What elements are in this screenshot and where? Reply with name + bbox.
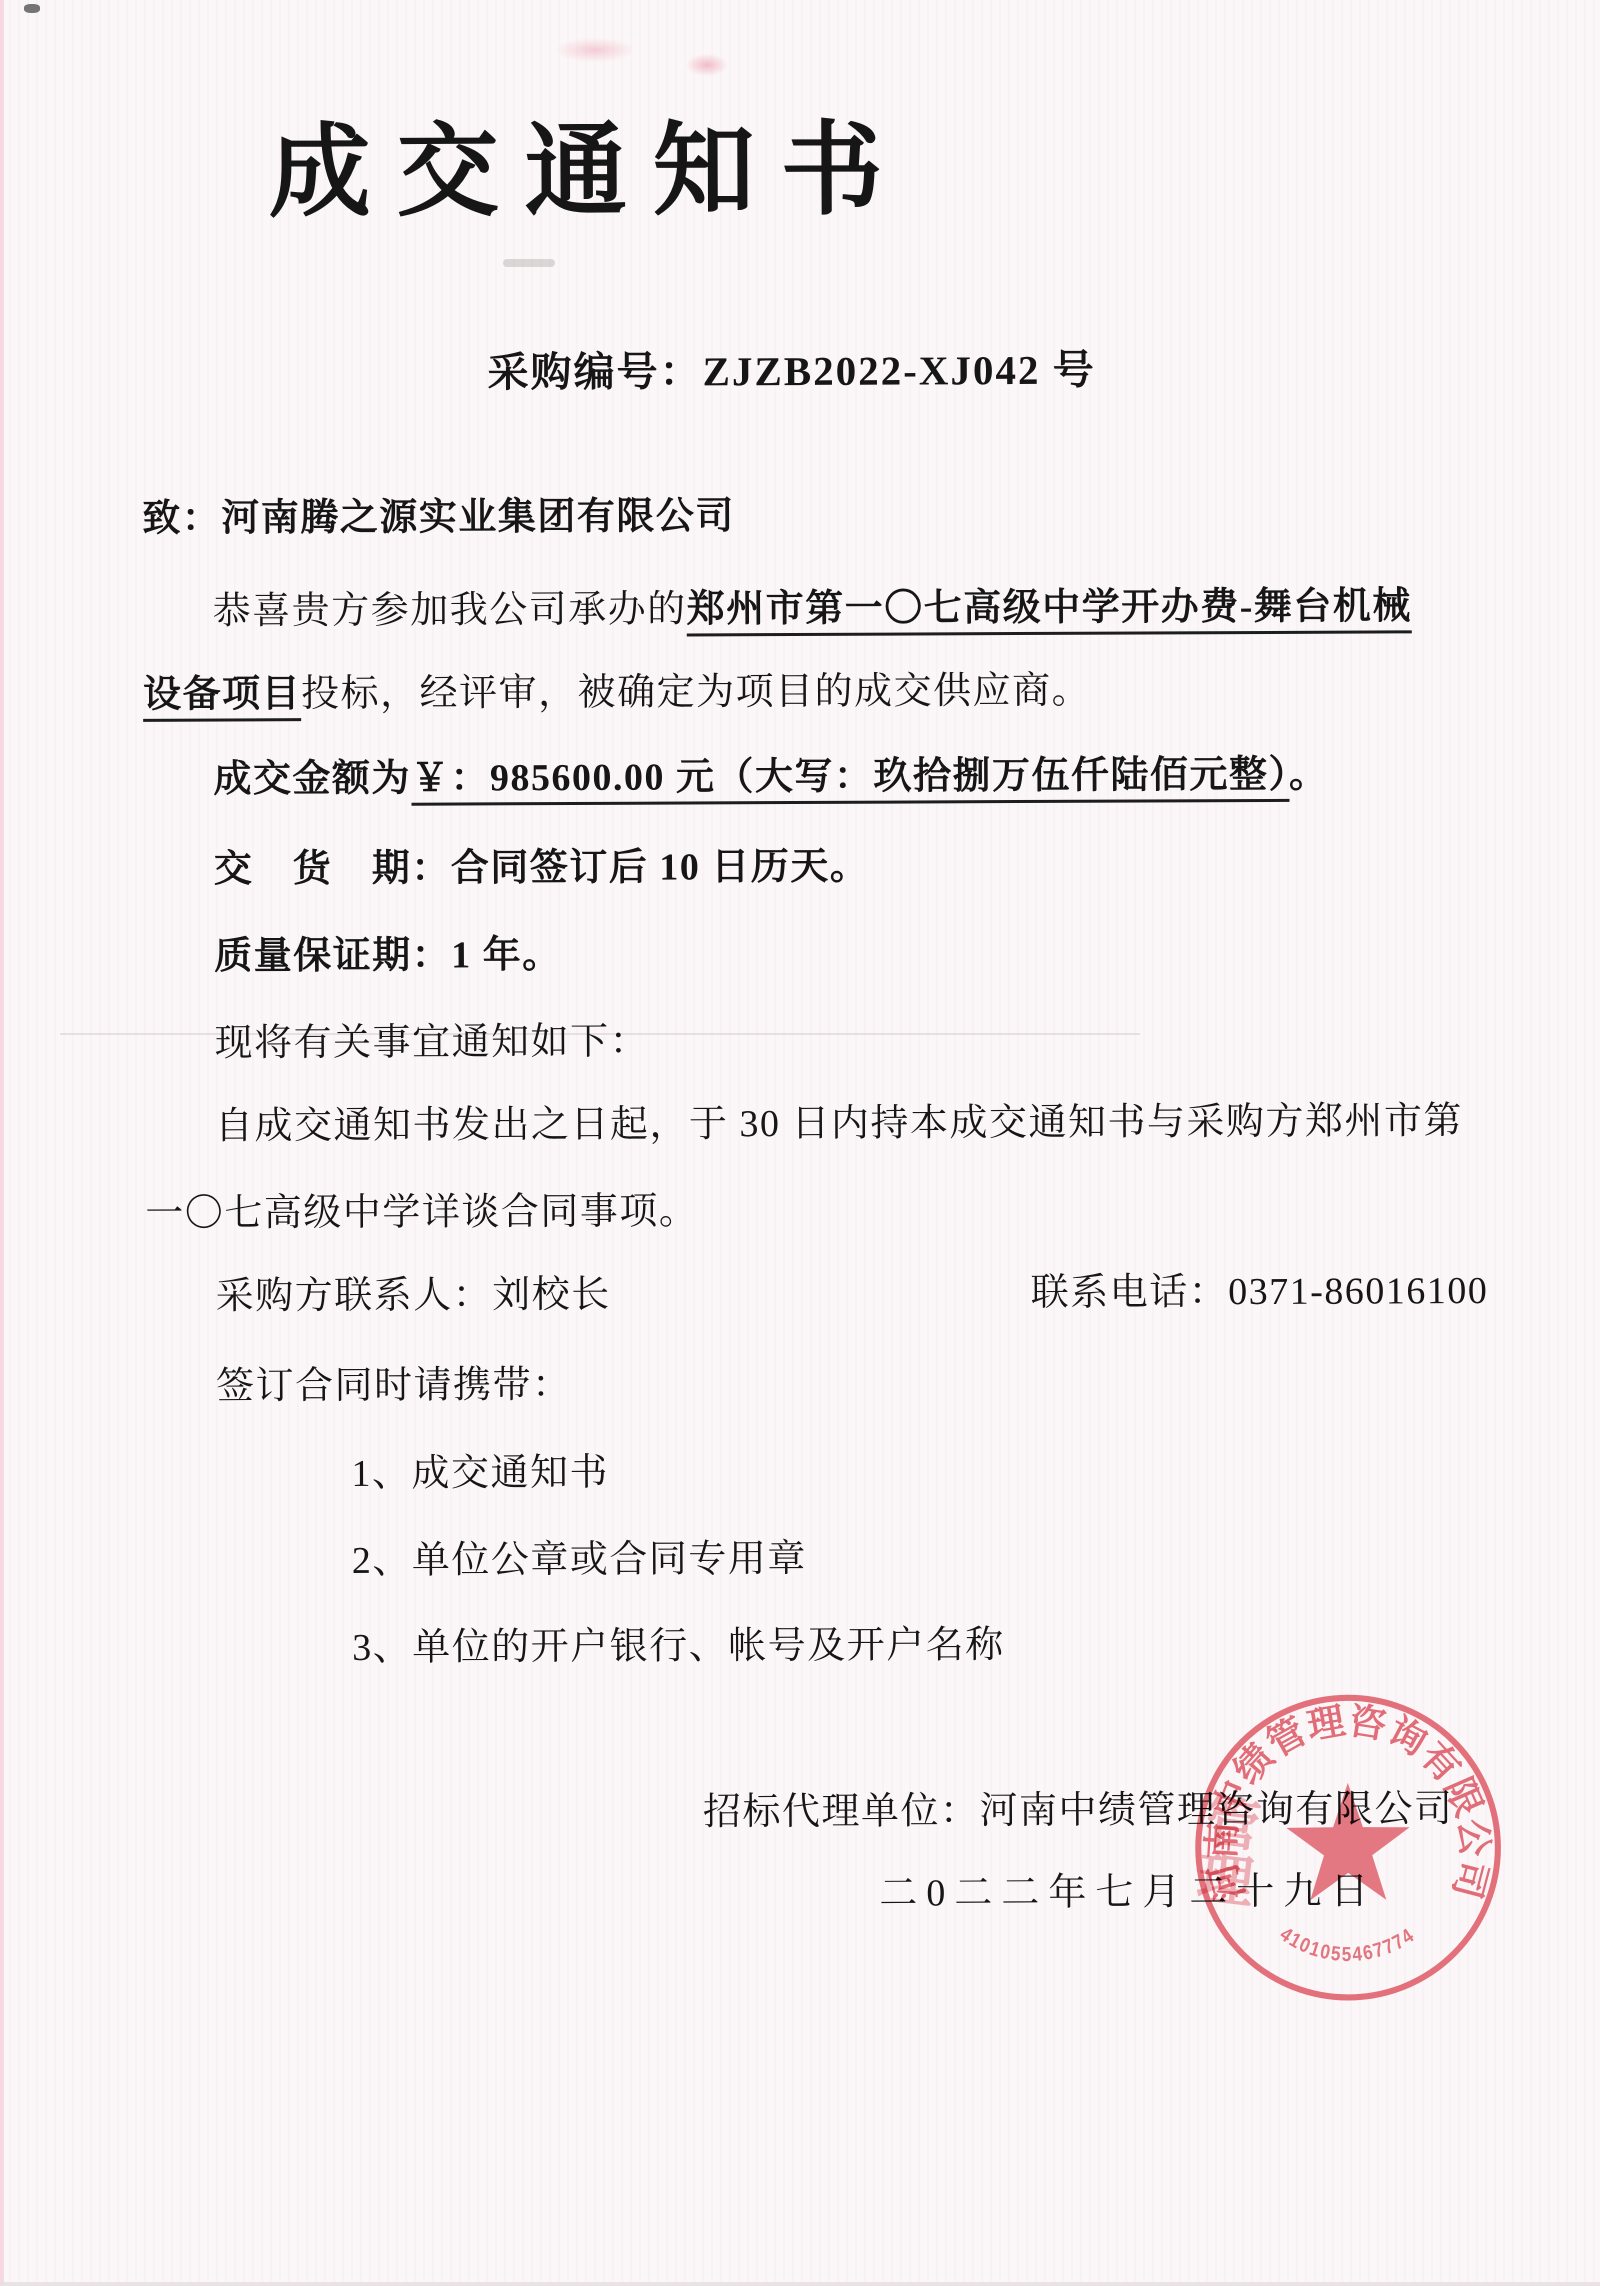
notice-line-2: 一〇七高级中学详谈合同事项。 [145,1187,698,1239]
congrats-prefix: 恭喜贵方参加我公司承办的 [213,588,687,632]
project-name-part2: 设备项目 [143,673,301,722]
bring-item-3: 3、单位的开户银行、帐号及开户名称 [352,1621,1005,1673]
buyer-contact: 采购方联系人：刘校长 [216,1271,611,1322]
warranty-line: 质量保证期：1 年。 [214,931,562,982]
project-name-part1: 郑州市第一〇七高级中学开办费-舞台机械 [687,585,1412,636]
notice-line-1: 自成交通知书发出之日起，于 30 日内持本成交通知书与采购方郑州市第 [215,1097,1463,1152]
bring-item-2: 2、单位公章或合同专用章 [352,1535,807,1586]
bring-item-1: 1、成交通知书 [351,1449,609,1500]
scanned-document-page: 成交通知书 采购编号：ZJZB2022-XJ042 号 致：河南腾之源实业集团有… [0,0,1600,2286]
svg-text:4101055467774: 4101055467774 [1276,1923,1420,1967]
seal-serial-number: 4101055467774 [1276,1923,1420,1967]
recipient-label: 致： [142,498,221,540]
delivery-term-line: 交 货 期：合同签订后 10 日历天。 [214,843,870,895]
congrats-suffix: 投标，经评审，被确定为项目的成交供应商。 [301,670,1091,715]
bring-intro-line: 签订合同时请携带： [216,1361,572,1412]
amount-label: 成交金额为 [213,758,411,801]
contact-phone: 联系电话：0371-86016100 [1031,1267,1489,1318]
recipient-company: 河南腾之源实业集团有限公司 [221,495,735,539]
amount-period: 。 [1289,754,1329,796]
procurement-number-line: 采购编号：ZJZB2022-XJ042 号 [487,337,1095,399]
congrats-line-2: 设备项目投标，经评审，被确定为项目的成交供应商。 [143,667,1091,721]
document-title: 成交通知书 [268,106,909,241]
seal-star-icon [1286,1783,1410,1901]
congrats-line-1: 恭喜贵方参加我公司承办的郑州市第一〇七高级中学开办费-舞台机械 [213,582,1412,637]
agency-label: 招标代理单位： [703,1790,980,1833]
document-content: 成交通知书 采购编号：ZJZB2022-XJ042 号 致：河南腾之源实业集团有… [0,0,1600,2286]
amount-line: 成交金额为￥：985600.00 元（大写：玖拾捌万伍仟陆佰元整）。 [213,751,1328,805]
amount-value: ￥：985600.00 元（大写：玖拾捌万伍仟陆佰元整） [411,754,1289,806]
recipient-line: 致：河南腾之源实业集团有限公司 [142,492,735,544]
notice-intro-line: 现将有关事宜通知如下： [214,1018,649,1069]
company-seal-stamp: 河南中绩管理咨询有限公司 4101055467774 [1180,1680,1515,2015]
